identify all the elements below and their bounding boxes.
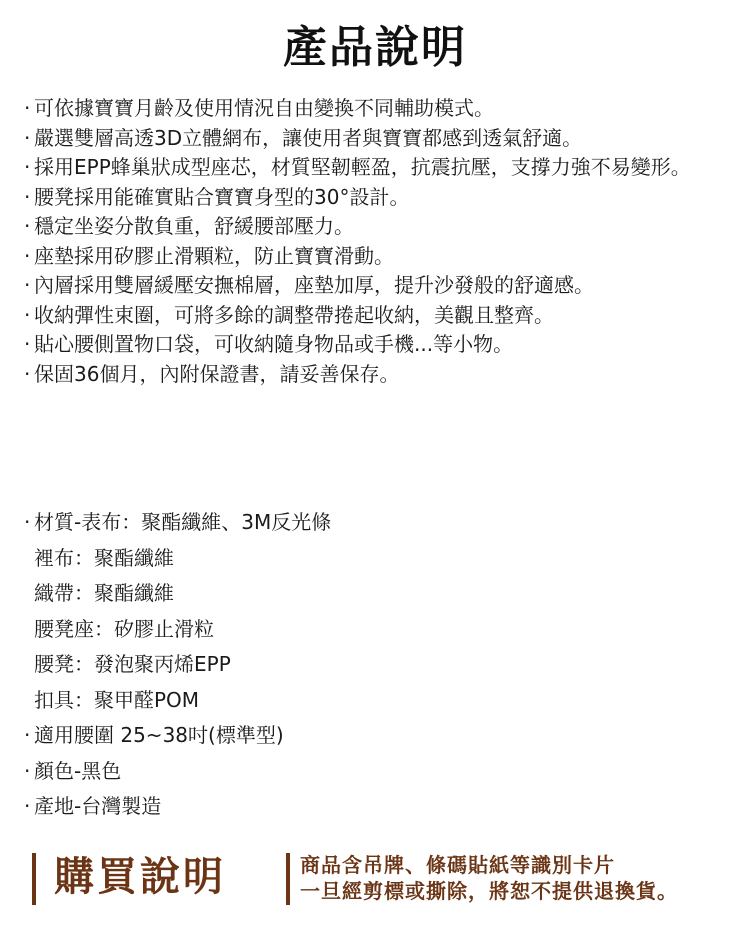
spec-item-stool: 腰凳：發泡聚丙烯EPP (24, 647, 624, 683)
feature-text: 收納彈性束圈，可將多餘的調整帶捲起收納，美觀且整齊。 (34, 303, 554, 327)
feature-list: ·可依據寶寶月齡及使用情況自由變換不同輔助模式。 ·嚴選雙層高透3D立體網布，讓… (24, 94, 734, 389)
feature-text: 貼心腰側置物口袋，可收納隨身物品或手機...等小物。 (34, 332, 513, 356)
bullet-icon: · (24, 271, 34, 301)
spec-item-seat: 腰凳座：矽膠止滑粒 (24, 612, 624, 648)
spec-text: 產地-台灣製造 (34, 794, 161, 818)
bullet-icon: · (24, 124, 34, 154)
purchase-note: 商品含吊牌、條碼貼紙等識別卡片 一旦經剪標或撕除，將恕不提供退換貨。 (300, 852, 678, 904)
spec-item-buckle: 扣具：聚甲醛POM (24, 683, 624, 719)
spec-item-lining: 裡布：聚酯纖維 (24, 541, 624, 577)
bullet-icon: · (24, 330, 34, 360)
bullet-icon: · (24, 754, 34, 790)
feature-item: ·嚴選雙層高透3D立體網布，讓使用者與寶寶都感到透氣舒適。 (24, 124, 734, 154)
purchase-note-line-2: 一旦經剪標或撕除，將恕不提供退換貨。 (300, 878, 678, 904)
purchase-heading: 購買說明 (54, 849, 226, 905)
spec-list: ·材質-表布：聚酯纖維、3M反光條 裡布：聚酯纖維 織帶：聚酯纖維 腰凳座：矽膠… (24, 505, 624, 825)
divider-bar-middle (286, 853, 290, 905)
purchase-notice: 購買說明 商品含吊牌、條碼貼紙等識別卡片 一旦經剪標或撕除，將恕不提供退換貨。 (32, 849, 732, 905)
bullet-icon: · (24, 718, 34, 754)
bullet-icon: · (24, 94, 34, 124)
bullet-icon: · (24, 242, 34, 272)
spec-item-origin: ·產地-台灣製造 (24, 789, 624, 825)
feature-item: ·貼心腰側置物口袋，可收納隨身物品或手機...等小物。 (24, 330, 734, 360)
feature-item: ·收納彈性束圈，可將多餘的調整帶捲起收納，美觀且整齊。 (24, 301, 734, 331)
bullet-icon: · (24, 505, 34, 541)
bullet-icon: · (24, 789, 34, 825)
feature-text: 保固36個月，內附保證書，請妥善保存。 (34, 362, 399, 386)
spec-item-color: ·顏色-黑色 (24, 754, 624, 790)
spec-text: 材質-表布：聚酯纖維、3M反光條 (34, 510, 331, 534)
feature-text: 座墊採用矽膠止滑顆粒，防止寶寶滑動。 (34, 244, 394, 268)
spec-item-waist: ·適用腰圍 25~38吋(標準型) (24, 718, 624, 754)
feature-text: 可依據寶寶月齡及使用情況自由變換不同輔助模式。 (34, 96, 494, 120)
feature-item: ·穩定坐姿分散負重，舒緩腰部壓力。 (24, 212, 734, 242)
feature-text: 腰凳採用能確實貼合寶寶身型的30°設計。 (34, 185, 409, 209)
spec-text: 顏色-黑色 (34, 759, 121, 783)
feature-item: ·採用EPP蜂巢狀成型座芯，材質堅韌輕盈，抗震抗壓，支撐力強不易變形。 (24, 153, 734, 183)
page-title: 產品說明 (0, 18, 750, 78)
spec-text: 腰凳座：矽膠止滑粒 (34, 617, 214, 641)
spec-text: 腰凳：發泡聚丙烯EPP (34, 652, 231, 676)
feature-item: ·可依據寶寶月齡及使用情況自由變換不同輔助模式。 (24, 94, 734, 124)
bullet-icon: · (24, 360, 34, 390)
feature-item: ·座墊採用矽膠止滑顆粒，防止寶寶滑動。 (24, 242, 734, 272)
divider-bar-left (32, 853, 36, 905)
feature-text: 採用EPP蜂巢狀成型座芯，材質堅韌輕盈，抗震抗壓，支撐力強不易變形。 (34, 155, 691, 179)
purchase-note-line-1: 商品含吊牌、條碼貼紙等識別卡片 (300, 852, 678, 878)
spec-text: 裡布：聚酯纖維 (34, 546, 174, 570)
bullet-icon: · (24, 183, 34, 213)
spec-item-webbing: 織帶：聚酯纖維 (24, 576, 624, 612)
spec-item-material: ·材質-表布：聚酯纖維、3M反光條 (24, 505, 624, 541)
spec-text: 適用腰圍 25~38吋(標準型) (34, 723, 284, 747)
feature-item: ·腰凳採用能確實貼合寶寶身型的30°設計。 (24, 183, 734, 213)
spec-text: 織帶：聚酯纖維 (34, 581, 174, 605)
feature-text: 內層採用雙層緩壓安撫棉層，座墊加厚，提升沙發般的舒適感。 (34, 273, 594, 297)
feature-text: 穩定坐姿分散負重，舒緩腰部壓力。 (34, 214, 354, 238)
feature-text: 嚴選雙層高透3D立體網布，讓使用者與寶寶都感到透氣舒適。 (34, 126, 582, 150)
bullet-icon: · (24, 301, 34, 331)
bullet-icon: · (24, 212, 34, 242)
feature-item: ·保固36個月，內附保證書，請妥善保存。 (24, 360, 734, 390)
bullet-icon: · (24, 153, 34, 183)
spec-text: 扣具：聚甲醛POM (34, 688, 199, 712)
feature-item: ·內層採用雙層緩壓安撫棉層，座墊加厚，提升沙發般的舒適感。 (24, 271, 734, 301)
